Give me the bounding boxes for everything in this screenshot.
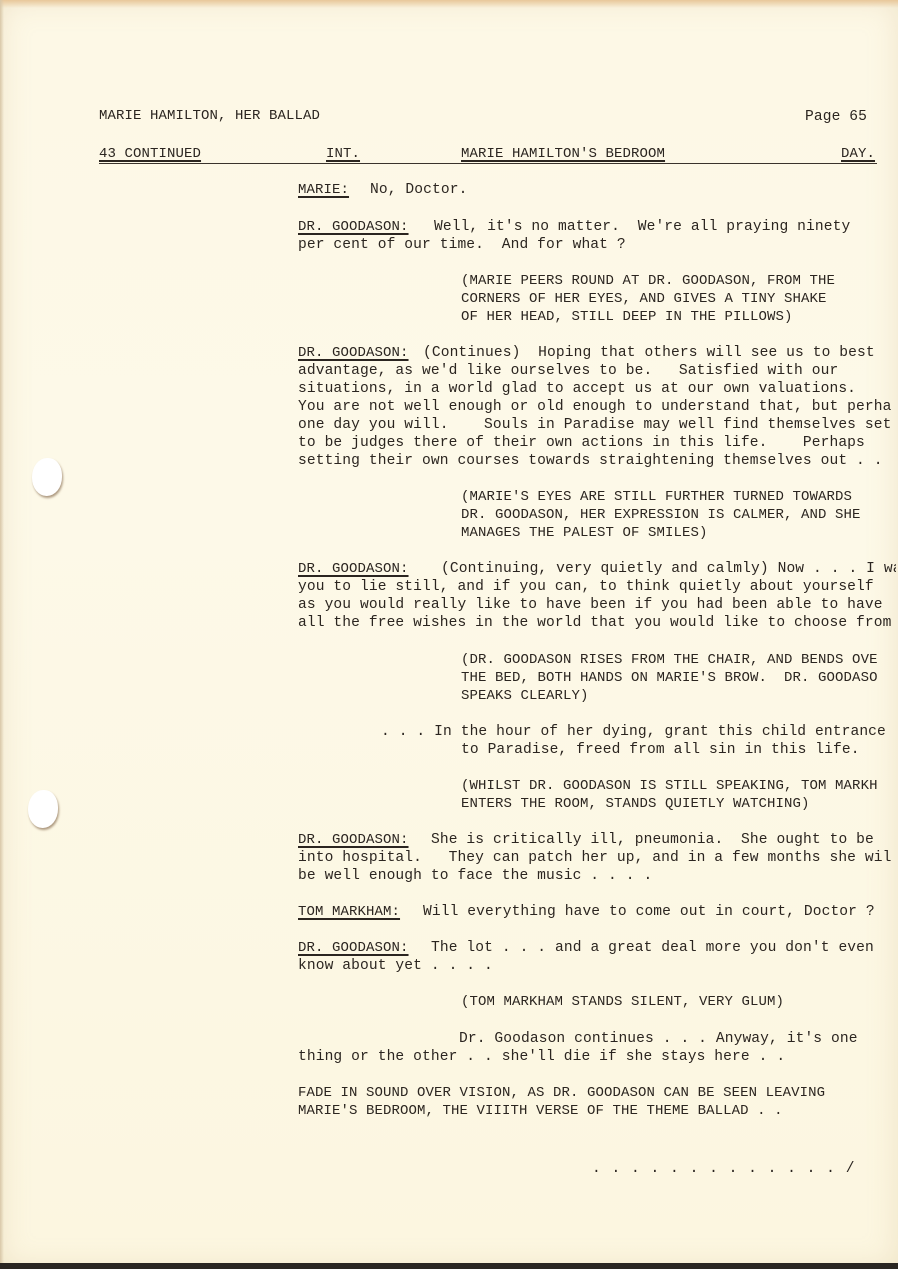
speaker-name: DR. GOODASON: [298, 344, 409, 362]
script-page: MARIE HAMILTON, HER BALLAD Page 65 43 CO… [0, 0, 898, 1269]
transition-line: FADE IN SOUND OVER VISION, AS DR. GOODAS… [298, 1084, 825, 1102]
dialogue-line: all the free wishes in the world that yo… [298, 614, 891, 632]
direction-line: ENTERS THE ROOM, STANDS QUIETLY WATCHING… [461, 795, 810, 813]
speaker-name: DR. GOODASON: [298, 560, 409, 578]
action-line: thing or the other . . she'll die if she… [298, 1048, 785, 1066]
transition-line: MARIE'S BEDROOM, THE VIIITH VERSE OF THE… [298, 1102, 783, 1120]
direction-line: (TOM MARKHAM STANDS SILENT, VERY GLUM) [461, 993, 784, 1011]
direction-line: DR. GOODASON, HER EXPRESSION IS CALMER, … [461, 506, 861, 524]
dialogue-line: advantage, as we'd like ourselves to be.… [298, 362, 838, 380]
dialogue-line: one day you will. Souls in Paradise may … [298, 416, 891, 434]
dialogue-line: into hospital. They can patch her up, an… [298, 849, 891, 867]
dialogue-line: You are not well enough or old enough to… [298, 398, 891, 416]
dialogue-line: as you would really like to have been if… [298, 596, 883, 614]
direction-line: MANAGES THE PALEST OF SMILES) [461, 524, 708, 542]
dialogue-line: (Continuing, very quietly and calmly) No… [441, 560, 896, 578]
dialogue-line: The lot . . . and a great deal more you … [431, 939, 874, 957]
dialogue-line: be well enough to face the music . . . . [298, 867, 652, 885]
direction-line: (WHILST DR. GOODASON IS STILL SPEAKING, … [461, 777, 878, 795]
dialogue-line: (Continues) Hoping that others will see … [423, 344, 875, 362]
dialogue-line: She is critically ill, pneumonia. She ou… [431, 831, 874, 849]
dialogue-line: Will everything have to come out in cour… [423, 903, 875, 921]
direction-line: (MARIE'S EYES ARE STILL FURTHER TURNED T… [461, 488, 852, 506]
direction-line: SPEAKS CLEARLY) [461, 687, 589, 705]
dialogue-line: situations, in a world glad to accept us… [298, 380, 856, 398]
dialogue-line: to be judges there of their own actions … [298, 434, 865, 452]
direction-line: (DR. GOODASON RISES FROM THE CHAIR, AND … [461, 651, 878, 669]
speaker-name: DR. GOODASON: [298, 831, 409, 849]
continuation-mark: . . . . . . . . . . . . . / [592, 1160, 855, 1178]
speaker-name: TOM MARKHAM: [298, 903, 400, 921]
prayer-line: . . . In the hour of her dying, grant th… [381, 723, 886, 741]
dialogue-line: you to lie still, and if you can, to thi… [298, 578, 874, 596]
prayer-line: to Paradise, freed from all sin in this … [461, 741, 860, 759]
direction-line: THE BED, BOTH HANDS ON MARIE'S BROW. DR.… [461, 669, 878, 687]
dialogue-block: DR. GOODASON: (Continues) Hoping that ot… [0, 0, 896, 1269]
speaker-name: DR. GOODASON: [298, 939, 409, 957]
dialogue-line: know about yet . . . . [298, 957, 493, 975]
dialogue-line: setting their own courses towards straig… [298, 452, 883, 470]
action-line: Dr. Goodason continues . . . Anyway, it'… [459, 1030, 858, 1048]
